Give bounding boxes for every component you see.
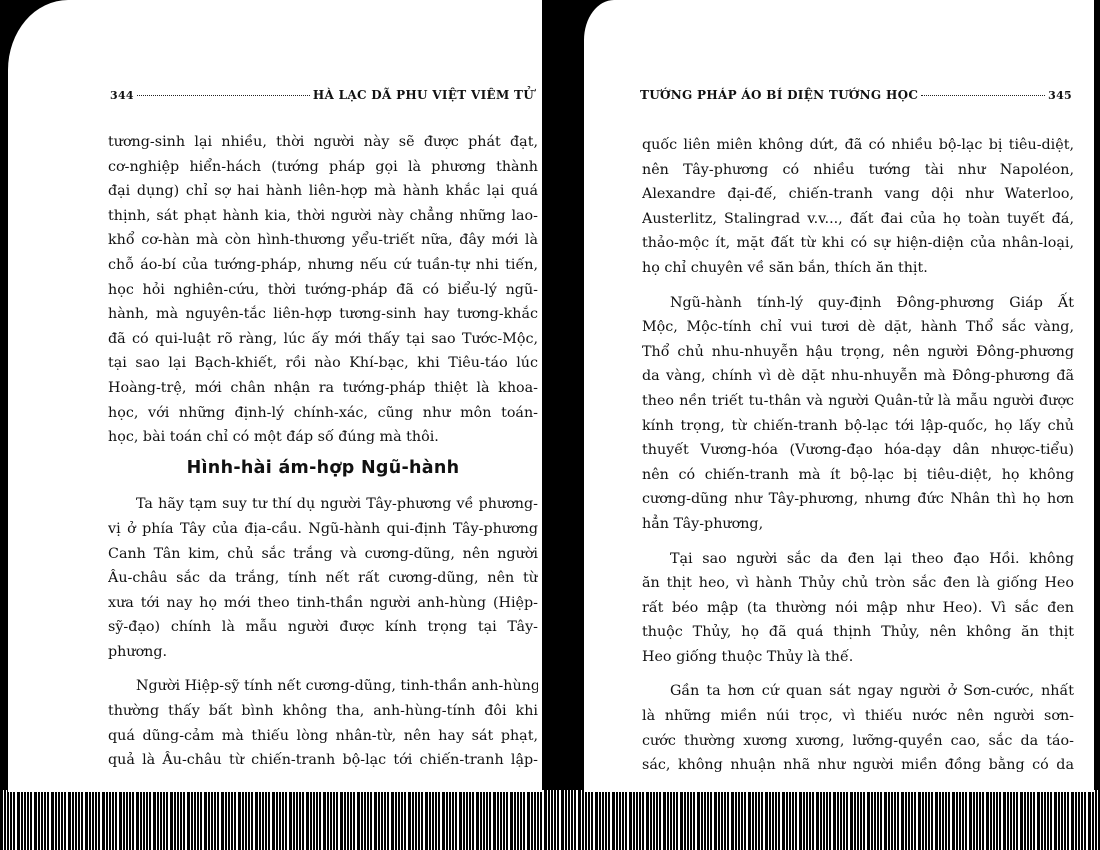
text-line: thuyết Vương-hóa (Vương-đạo hóa-dạy dân …: [642, 438, 1074, 463]
text-line: hành, mà nguyên-tắc liên-hợp tương-sinh …: [108, 302, 538, 327]
text-line: sỹ-đạo) chính là mẫu người được kính trọ…: [108, 615, 538, 640]
text-line: khổ cơ-hàn mà còn hình-thương yểu-triết …: [108, 228, 538, 253]
text-line: Canh Tân kim, chủ sắc trắng và cương-dũn…: [108, 542, 538, 567]
text-line: Austerlitz, Stalingrad v.v..., đất đai c…: [642, 207, 1074, 232]
text-line: Hoàng-trệ, mới chân nhận ra tướng-pháp t…: [108, 376, 538, 401]
right-page-body: quốc liên miên không dứt, đã có nhiều bộ…: [642, 133, 1074, 778]
text-line: kính trọng, từ chiến-tranh bộ-lạc tới lậ…: [642, 414, 1074, 439]
text-line: Âu-châu sắc da trắng, tính nết rất cương…: [108, 566, 538, 591]
text-line: Thổ chủ nhu-nhuyễn hậu trọng, nên người …: [642, 340, 1074, 365]
book-gutter-shadow: [540, 0, 586, 800]
left-page-body: tương-sinh lại nhiều, thời người này sẽ …: [108, 130, 538, 773]
dotted-leader: [137, 95, 310, 96]
text-line: tương-sinh lại nhiều, thời người này sẽ …: [108, 130, 538, 155]
text-line: cương-dũng như Tây-phương, nhưng đức Nhâ…: [642, 487, 1074, 512]
text-line: Ta hãy tạm suy tư thí dụ người Tây-phươn…: [108, 492, 538, 517]
text-line: quốc liên miên không dứt, đã có nhiều bộ…: [642, 133, 1074, 158]
text-line: vị ở phía Tây của địa-cầu. Ngũ-hành qui-…: [108, 517, 538, 542]
section-heading: Hình-hài ám-hợp Ngũ-hành: [108, 456, 538, 481]
text-line: quá dũng-cảm mà thiếu lòng nhân-từ, nên …: [108, 724, 538, 749]
text-line: ăn thịt heo, vì hành Thủy chủ tròn sắc đ…: [642, 571, 1074, 596]
text-line: sác, không nhuận nhã như người miền đồng…: [642, 753, 1074, 778]
text-line: theo nền triết tu-thân và người Quân-tử …: [642, 389, 1074, 414]
paragraph: quốc liên miên không dứt, đã có nhiều bộ…: [642, 133, 1074, 281]
text-line: nên có chiến-tranh mà ít bộ-lạc bị tiêu-…: [642, 463, 1074, 488]
text-line: Gần ta hơn cứ quan sát ngay người ở Sơn-…: [642, 679, 1074, 704]
right-page: TƯỚNG PHÁP ÁO BÍ DIỆN TƯỚNG HỌC 345 quốc…: [584, 0, 1094, 792]
text-line: Mộc, Mộc-tính chỉ vui tươi dè dặt, hành …: [642, 315, 1074, 340]
text-line: là những miền núi trọc, vì thiếu nước nê…: [642, 704, 1074, 729]
text-line: học hỏi nghiên-cứu, thời tướng-pháp đã c…: [108, 278, 538, 303]
text-line: rất béo mập (ta thường nói mập như Heo).…: [642, 596, 1074, 621]
paragraph: Tại sao người sắc da đen lại theo đạo Hồ…: [642, 547, 1074, 670]
text-line: Alexandre đại-đế, chiến-tranh vang dội n…: [642, 182, 1074, 207]
text-line: thảo-mộc ít, mặt đất từ khi có sự hiện-d…: [642, 231, 1074, 256]
text-line: học, với những định-lý chính-xác, cũng n…: [108, 401, 538, 426]
text-line: phương.: [108, 640, 538, 665]
text-line: cước thường xương xương, lưỡng-quyền cao…: [642, 729, 1074, 754]
text-line: Heo giống thuộc Thủy là thế.: [642, 645, 1074, 670]
paragraph: Ngũ-hành tính-lý quy-định Đông-phương Gi…: [642, 291, 1074, 537]
text-line: da vàng, chính vì dè dặt nhu-nhuyễn mà Đ…: [642, 364, 1074, 389]
text-line: chỗ áo-bí của tướng-pháp, nhưng nếu cứ t…: [108, 253, 538, 278]
text-line: hẳn Tây-phương,: [642, 512, 1074, 537]
text-line: tại sao lại Bạch-khiết, rồi nào Khí-bạc,…: [108, 351, 538, 376]
left-running-head: 344 HÀ LẠC DÃ PHU VIỆT VIÊM TỬ: [110, 88, 534, 102]
text-line: Ngũ-hành tính-lý quy-định Đông-phương Gi…: [642, 291, 1074, 316]
text-line: họ chỉ chuyên về săn bắn, thích ăn thịt.: [642, 256, 1074, 281]
text-line: thịnh, sát phạt hành kia, thời người này…: [108, 204, 538, 229]
text-line: xưa tới nay họ mới theo tinh-thần người …: [108, 591, 538, 616]
text-line: học, bài toán chỉ có một đáp số đúng mà …: [108, 425, 538, 450]
left-page: 344 HÀ LẠC DÃ PHU VIỆT VIÊM TỬ tương-sin…: [8, 0, 542, 792]
text-line: đại dụng) chỉ sợ hai hành liên-hợp mà hà…: [108, 179, 538, 204]
running-head-title: TƯỚNG PHÁP ÁO BÍ DIỆN TƯỚNG HỌC: [640, 88, 918, 102]
text-line: Người Hiệp-sỹ tính nết cương-dũng, tinh-…: [108, 674, 538, 699]
running-head-title: HÀ LẠC DÃ PHU VIỆT VIÊM TỬ: [313, 88, 534, 102]
text-line: cơ-nghiệp hiển-hách (tướng pháp gọi là p…: [108, 155, 538, 180]
text-line: thường thấy bất bình không tha, anh-hùng…: [108, 699, 538, 724]
paragraph: Người Hiệp-sỹ tính nết cương-dũng, tinh-…: [108, 674, 538, 772]
text-line: nên Tây-phương có nhiều tướng tài như Na…: [642, 158, 1074, 183]
page-number: 344: [110, 89, 134, 102]
text-line: quả là Âu-châu từ chiến-tranh bộ-lạc tới…: [108, 748, 538, 773]
dotted-leader: [921, 95, 1045, 96]
scan-moire-band: [0, 790, 1100, 850]
text-line: Tại sao người sắc da đen lại theo đạo Hồ…: [642, 547, 1074, 572]
paragraph: Ta hãy tạm suy tư thí dụ người Tây-phươn…: [108, 492, 538, 664]
text-line: thuộc Thủy, họ đã quá thịnh Thủy, nên kh…: [642, 620, 1074, 645]
page-number: 345: [1048, 89, 1072, 102]
paragraph: tương-sinh lại nhiều, thời người này sẽ …: [108, 130, 538, 450]
text-line: đã có qui-luật rõ ràng, lúc ấy mới thấy …: [108, 327, 538, 352]
right-running-head: TƯỚNG PHÁP ÁO BÍ DIỆN TƯỚNG HỌC 345: [640, 88, 1072, 102]
paragraph: Gần ta hơn cứ quan sát ngay người ở Sơn-…: [642, 679, 1074, 777]
